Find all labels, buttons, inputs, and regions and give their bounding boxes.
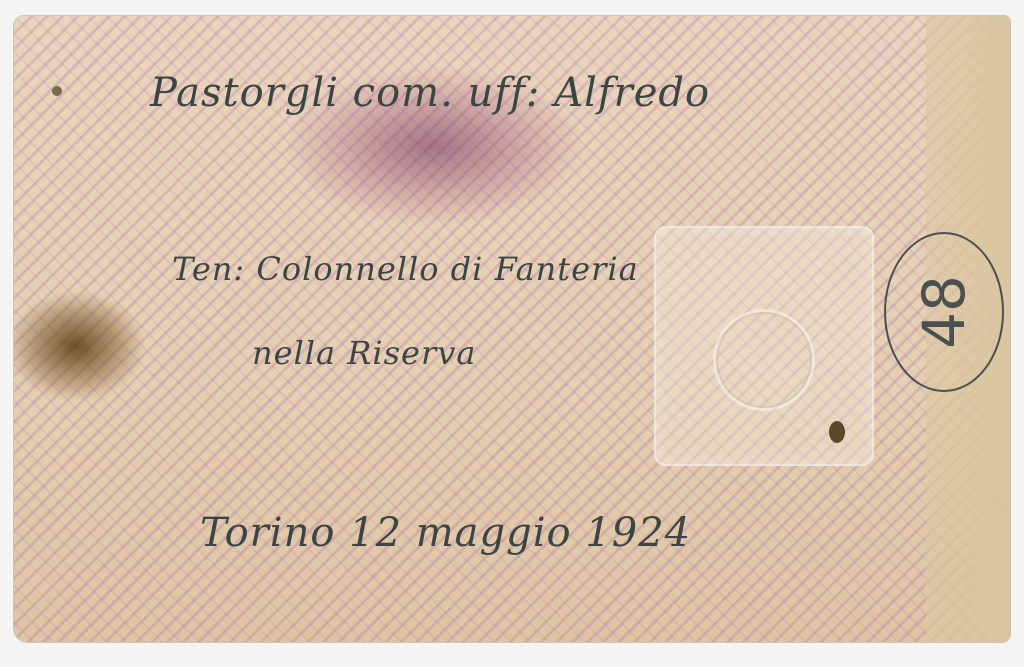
rank-line: Ten: Colonnello di Fanteria — [172, 250, 639, 288]
circled-number-text: 48 — [910, 275, 978, 349]
name-line: Pastorgli com. uff: Alfredo — [150, 70, 710, 116]
stain — [829, 421, 845, 443]
stain — [52, 86, 62, 96]
circled-number: 48 — [884, 232, 1004, 392]
place-date-line: Torino 12 maggio 1924 — [200, 510, 691, 556]
reserve-line: nella Riserva — [252, 334, 476, 372]
seal-ring — [716, 312, 812, 408]
